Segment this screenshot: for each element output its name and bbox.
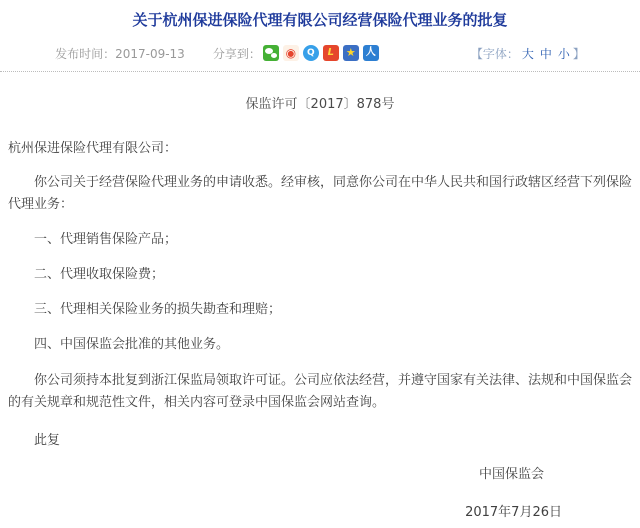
issuer-signature: 中国保监会 [8,464,632,486]
publish-time: 发布时间：2017-09-13 [55,45,185,62]
font-size-large-button[interactable]: 大 [522,47,534,61]
list-item-4: 四、中国保监会批准的其他业务。 [8,334,632,356]
renren-icon[interactable]: 人 [363,45,379,61]
document-date: 2017年7月26日 [8,502,632,524]
list-item-1: 一、代理销售保险产品； [8,229,632,251]
share-label: 分享到： [213,45,261,62]
wechat-icon[interactable] [263,45,279,61]
paragraph-requirements: 你公司须持本批复到浙江保监局领取许可证。公司应依法经营，并遵守国家有关法律、法规… [8,370,632,414]
font-size-medium-button[interactable]: 中 [540,47,552,61]
kaixin-icon[interactable]: L [323,45,339,61]
salutation: 杭州保进保险代理有限公司： [8,138,632,160]
sina-weibo-icon[interactable]: ◉ [283,45,299,61]
share-bar: 分享到： ◉ Q L ★ 人 [213,45,381,62]
closing-phrase: 此复 [8,430,632,452]
document-number: 保监许可〔2017〕878号 [8,94,632,116]
list-item-2: 二、代理收取保险费； [8,264,632,286]
header-divider [0,71,640,72]
page-title: 关于杭州保进保险代理有限公司经营保险代理业务的批复 [0,0,640,30]
font-size-controls: 【字体：大中小】 [471,45,585,62]
font-size-label-close: 】 [573,47,585,61]
meta-bar: 发布时间：2017-09-13 分享到： ◉ Q L ★ 人 【字体：大中小】 [0,44,640,62]
paragraph-approval: 你公司关于经营保险代理业务的申请收悉。经审核，同意你公司在中华人民共和国行政辖区… [8,172,632,216]
list-item-3: 三、代理相关保险业务的损失勘查和理赔； [8,299,632,321]
qq-icon[interactable]: Q [303,45,319,61]
document-body: 保监许可〔2017〕878号 杭州保进保险代理有限公司： 你公司关于经营保险代理… [0,94,640,524]
font-size-small-button[interactable]: 小 [558,47,570,61]
font-size-label: 【字体： [471,47,519,61]
publish-time-value: 2017-09-13 [115,47,185,61]
publish-time-label: 发布时间： [55,47,115,61]
qzone-icon[interactable]: ★ [343,45,359,61]
approval-notice-page: 关于杭州保进保险代理有限公司经营保险代理业务的批复 发布时间：2017-09-1… [0,0,640,528]
